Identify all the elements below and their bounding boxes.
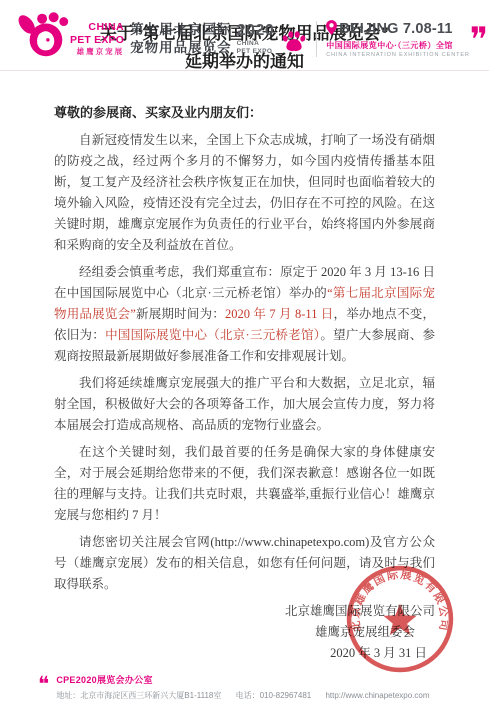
- logo-line1: CHINA: [70, 22, 124, 33]
- footer: ❝ CPE2020展览会办公室 地址：北京市海淀区西三环新兴大厦B1-1118室…: [38, 673, 442, 701]
- salutation: 尊敬的参展商、买家及业内朋友们：: [54, 102, 435, 121]
- china-pet-expo-logo-icon: [16, 11, 74, 66]
- paragraph-3: 我们将延续雄鹰京宠展强大的推广平台和大数据，立足北京，辐射全国，积极做好大会的各…: [54, 373, 435, 436]
- expo-year-sub2: PET EXPO: [237, 49, 275, 56]
- venue-block: BEIJING 7.08-11 中国国际展览中心·（三元桥）全馆 CHINA I…: [326, 20, 470, 59]
- company-seal-stamp: 北京雄鹰国际展览有限公司: [344, 563, 456, 675]
- expo-year: 2020: [237, 23, 275, 39]
- logo-line2: PET EXPO: [70, 35, 124, 46]
- expo-name-line2: 宠物用品展览会: [130, 39, 232, 57]
- footer-contact-line: 地址：北京市海淀区西三环新兴大厦B1-1118室 电话：010-82967481…: [56, 690, 441, 701]
- footer-website: http://www.chinapetexpo.com: [325, 691, 429, 700]
- closing-quote-icon: ❞: [470, 23, 488, 57]
- venue-name-english: CHINA INTERNATION EXHIBITION CENTER: [326, 53, 470, 59]
- expo-name-line1: 第七届北京国际: [130, 21, 232, 39]
- venue-city-dates: BEIJING 7.08-11: [339, 22, 452, 37]
- expo-year-sub1: CHINA: [237, 41, 275, 48]
- paragraph-1: 自新冠疫情发生以来，全国上下众志成城，打响了一场没有硝烟的防疫之战，经过两个多月…: [54, 130, 435, 256]
- p2-highlight-venue: 中国国际展览中心（北京·三元桥老馆）: [105, 328, 320, 342]
- p2-highlight-new-dates: 2020 年 7 月 8-11 日: [225, 307, 334, 321]
- logo-wordmark: CHINA PET EXPO 雄鹰京宠展: [70, 22, 124, 56]
- expo-name-chinese: 第七届北京国际 宠物用品展览会: [130, 21, 232, 56]
- paw-print-icon: [282, 31, 306, 57]
- footer-address: 地址：北京市海淀区西三环新兴大厦B1-1118室: [56, 691, 221, 700]
- notice-page: CHINA PET EXPO 雄鹰京宠展 第七届北京国际 宠物用品展览会 202…: [0, 0, 489, 709]
- header-divider: [316, 21, 317, 57]
- paragraph-4: 在这个关键时刻，我们最首要的任务是确保大家的身体健康安全，对于展会延期给您带来的…: [54, 442, 435, 526]
- notice-body: 自新冠疫情发生以来，全国上下众志成城，打响了一场没有硝烟的防疫之战，经过两个多月…: [54, 130, 435, 595]
- location-pin-icon: [326, 20, 337, 39]
- opening-quote-icon: ❝: [38, 674, 49, 695]
- p2-text: 新展期时间为：: [136, 307, 225, 321]
- footer-info: CPE2020展览会办公室 地址：北京市海淀区西三环新兴大厦B1-1118室 电…: [56, 673, 441, 701]
- logo-subtitle: 雄鹰京宠展: [70, 48, 124, 56]
- footer-phone: 电话：010-82967481: [236, 691, 312, 700]
- expo-year-block: 2020 CHINA PET EXPO: [237, 23, 275, 56]
- venue-name-chinese: 中国国际展览中心·（三元桥）全馆: [326, 42, 470, 50]
- header: CHINA PET EXPO 雄鹰京宠展 第七届北京国际 宠物用品展览会 202…: [0, 0, 489, 71]
- paragraph-2: 经组委会慎重考虑，我们郑重宣布：原定于 2020 年 3 月 13-16 日在中…: [54, 262, 435, 367]
